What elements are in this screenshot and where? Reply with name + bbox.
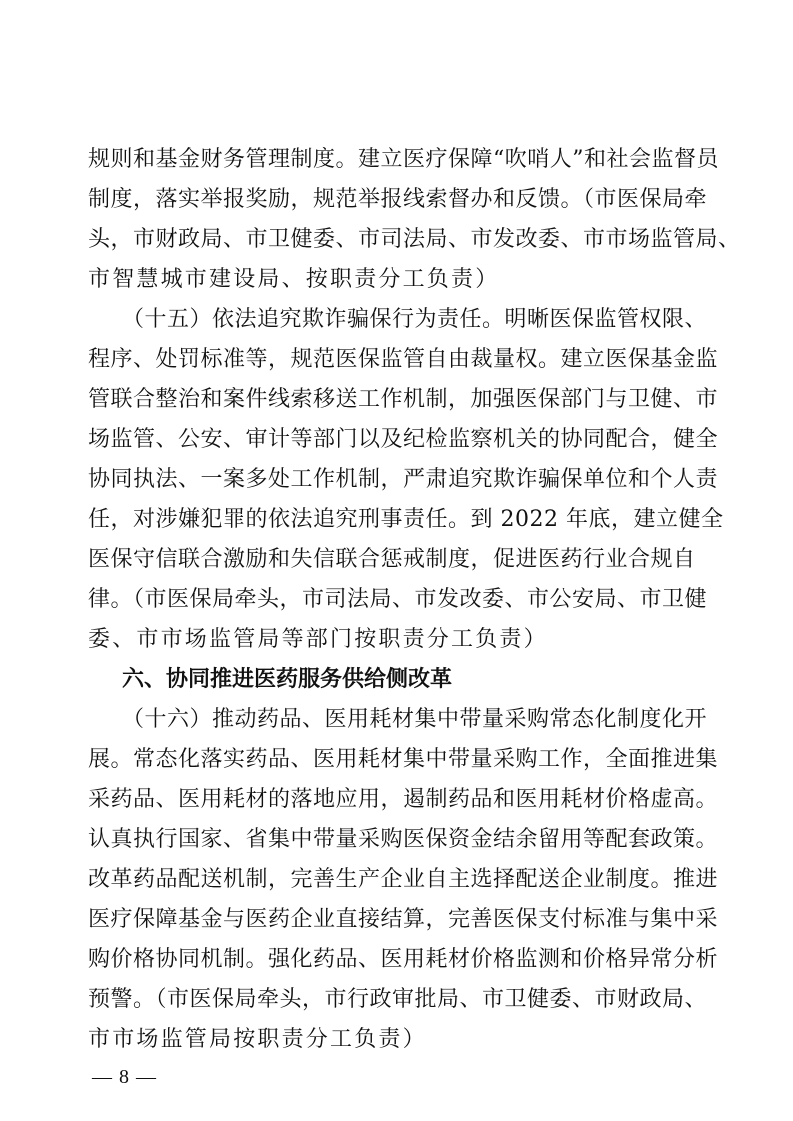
paragraph-line: 展。常态化落实药品、医用耗材集中带量采购工作，全面推进集 <box>88 740 688 780</box>
section-item-16-title-line: （十六）推动药品、医用耗材集中带量采购常态化制度化开 <box>122 700 688 740</box>
section-item-15-title-line: （十五）依法追究欺诈骗保行为责任。明晰医保监管权限、 <box>122 300 688 340</box>
paragraph-line: 市市场监管局按职责分工负责） <box>88 1020 688 1060</box>
paragraph-line: 规则和基金财务管理制度。建立医疗保障“吹哨人”和社会监督员 <box>88 140 688 180</box>
paragraph-line: 医疗保障基金与医药企业直接结算，完善医保支付标准与集中采 <box>88 900 688 940</box>
paragraph-line: 管联合整治和案件线索移送工作机制，加强医保部门与卫健、市 <box>88 380 688 420</box>
document-page: 规则和基金财务管理制度。建立医疗保障“吹哨人”和社会监督员 制度，落实举报奖励，… <box>0 0 793 1121</box>
paragraph-line: 医保守信联合激励和失信联合惩戒制度，促进医药行业合规自 <box>88 540 688 580</box>
paragraph-line: 制度，落实举报奖励，规范举报线索督办和反馈。（市医保局牵 <box>88 180 688 220</box>
paragraph-line: 场监管、公安、审计等部门以及纪检监察机关的协同配合，健全 <box>88 420 688 460</box>
section-heading: 六、协同推进医药服务供给侧改革 <box>122 660 452 700</box>
paragraph-line: 认真执行国家、省集中带量采购医保资金结余留用等配套政策。 <box>88 820 688 860</box>
paragraph-line: 预警。（市医保局牵头，市行政审批局、市卫健委、市财政局、 <box>88 980 688 1020</box>
paragraph-line: 委、市市场监管局等部门按职责分工负责） <box>88 620 688 660</box>
paragraph-line: 律。（市医保局牵头，市司法局、市发改委、市公安局、市卫健 <box>88 580 688 620</box>
paragraph-line: 程序、处罚标准等，规范医保监管自由裁量权。建立医保基金监 <box>88 340 688 380</box>
page-number: — 8 — <box>92 1062 157 1092</box>
paragraph-line: 头，市财政局、市卫健委、市司法局、市发改委、市市场监管局、 <box>88 220 688 260</box>
paragraph-line: 协同执法、一案多处工作机制，严肃追究欺诈骗保单位和个人责 <box>88 460 688 500</box>
paragraph-line: 市智慧城市建设局、按职责分工负责） <box>88 260 688 300</box>
paragraph-line: 采药品、医用耗材的落地应用，遏制药品和医用耗材价格虚高。 <box>88 780 688 820</box>
paragraph-line: 改革药品配送机制，完善生产企业自主选择配送企业制度。推进 <box>88 860 688 900</box>
paragraph-line: 购价格协同机制。强化药品、医用耗材价格监测和价格异常分析 <box>88 940 688 980</box>
paragraph-line: 任，对涉嫌犯罪的依法追究刑事责任。到 2022 年底，建立健全 <box>88 500 688 540</box>
